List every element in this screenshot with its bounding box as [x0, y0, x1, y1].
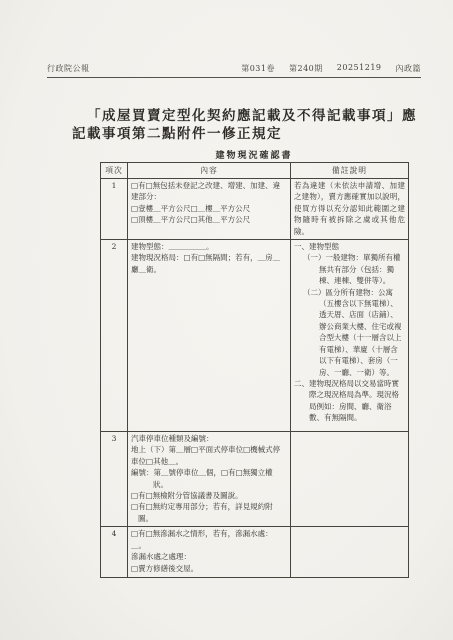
- row-4-number: 4: [101, 527, 128, 578]
- row-1-content-line: □有□無包括未登記之改建、增建、加建、違建部分：: [131, 180, 287, 203]
- table-row-3: 3 汽車停車位種類及編號： 地上（下）第＿層□平面式停車位□機械式停車位□其他＿…: [101, 432, 409, 527]
- row-1-content: □有□無包括未登記之改建、增建、加建、違建部分： □壹樓＿平方公尺□＿樓＿平方公…: [128, 179, 291, 240]
- row-4-remarks: [291, 527, 409, 578]
- document-title-line2: 記載事項第二點附件一修正規定: [72, 125, 423, 143]
- document-title: 「成屋買賣定型化契約應記載及不得記載事項」應 記載事項第二點附件一修正規定: [72, 107, 423, 143]
- date-label: 20251219: [337, 63, 382, 74]
- publication-name: 行政院公報: [47, 63, 90, 78]
- row-2-remarks: 一、建物型態 （一）一般建物：單獨所有權無共有部分（包括：獨棟、連棟、雙併等）。…: [291, 240, 409, 432]
- row-3-content-line: 編號：第＿號停車位＿個，□有□無獨立權狀。: [131, 467, 287, 490]
- row-2-remark-item-2: 二、建物現況格局以交易當時實際之現況格局為準。現況格局例如：房間、廳、衛浴數、有…: [294, 378, 405, 424]
- row-2-remark-item-1-2: （二）區分所有建物：公寓（五樓含以下無電梯）、透天厝、店面（店鋪）、辦公商業大樓…: [303, 287, 405, 378]
- issue-label: 第240期: [289, 63, 323, 74]
- row-3-remarks: [291, 432, 409, 527]
- row-2-remark-item-1: 一、建物型態: [294, 241, 405, 252]
- row-1-number: 1: [101, 179, 128, 240]
- volume-label: 第031卷: [241, 63, 275, 74]
- table-row-4: 4 □有□無滲漏水之情形，若有，滲漏水處：＿。 滲漏水處之處理： □賣方修繕後交…: [101, 527, 409, 578]
- row-3-content-line: 汽車停車位種類及編號：: [131, 433, 287, 444]
- row-3-content-line: 地上（下）第＿層□平面式停車位□機械式停車位□其他＿。: [131, 444, 287, 467]
- header-content: 內容: [128, 163, 291, 179]
- row-2-content-line: 建物型態：＿＿＿＿＿。: [131, 241, 287, 252]
- building-condition-table: 項次 內容 備註說明 1 □有□無包括未登記之改建、增建、加建、違建部分： □壹…: [100, 162, 409, 578]
- row-2-content: 建物型態：＿＿＿＿＿。 建物現況格局：□有□無隔間；若有，＿房＿廳＿衛。: [128, 240, 291, 432]
- row-4-content-line: □賣方修繕後交屋。: [131, 563, 287, 574]
- row-2-content-line: 建物現況格局：□有□無隔間；若有，＿房＿廳＿衛。: [131, 252, 287, 275]
- row-1-remark-text: 若為違建（未依法申請增、加建之建物），賣方應確實加以說明，使買方得以充分認知此範…: [294, 180, 405, 237]
- form-title: 建物現況確認書: [100, 148, 408, 161]
- row-1-remarks: 若為違建（未依法申請增、加建之建物），賣方應確實加以說明，使買方得以充分認知此範…: [291, 179, 409, 240]
- document-title-line1: 「成屋買賣定型化契約應記載及不得記載事項」應: [87, 107, 423, 125]
- row-1-content-line: □頂樓＿平方公尺□其他＿平方公尺: [131, 214, 287, 225]
- row-3-number: 3: [101, 432, 128, 527]
- row-4-content-line: □有□無滲漏水之情形，若有，滲漏水處：＿。: [131, 528, 287, 551]
- table-row-1: 1 □有□無包括未登記之改建、增建、加建、違建部分： □壹樓＿平方公尺□＿樓＿平…: [101, 179, 409, 240]
- row-2-remark-item-1-1: （一）一般建物：單獨所有權無共有部分（包括：獨棟、連棟、雙併等）。: [303, 252, 405, 286]
- header-item-no: 項次: [101, 163, 128, 179]
- row-3-content-line: □有□無檢附分管協議書及圖說。: [131, 490, 287, 501]
- page-header-meta: 第031卷 第240期 20251219 內政篇: [241, 63, 421, 74]
- row-3-content-line: □有□無約定專用部分；若有，詳見規約附圖。: [131, 501, 287, 524]
- row-4-content-line: 滲漏水處之處理：: [131, 551, 287, 562]
- section-label: 內政篇: [396, 63, 422, 74]
- page-header: 行政院公報 第031卷 第240期 20251219 內政篇: [47, 63, 421, 78]
- table-row-2: 2 建物型態：＿＿＿＿＿。 建物現況格局：□有□無隔間；若有，＿房＿廳＿衛。 一…: [101, 240, 409, 432]
- row-2-number: 2: [101, 240, 128, 432]
- row-4-content: □有□無滲漏水之情形，若有，滲漏水處：＿。 滲漏水處之處理： □賣方修繕後交屋。: [128, 527, 291, 578]
- row-1-content-line: □壹樓＿平方公尺□＿樓＿平方公尺: [131, 203, 287, 214]
- gazette-scanned-page: 行政院公報 第031卷 第240期 20251219 內政篇 「成屋買賣定型化契…: [0, 0, 453, 640]
- header-remarks: 備註說明: [291, 163, 409, 179]
- table-header-row: 項次 內容 備註說明: [101, 163, 409, 179]
- row-3-content: 汽車停車位種類及編號： 地上（下）第＿層□平面式停車位□機械式停車位□其他＿。 …: [128, 432, 291, 527]
